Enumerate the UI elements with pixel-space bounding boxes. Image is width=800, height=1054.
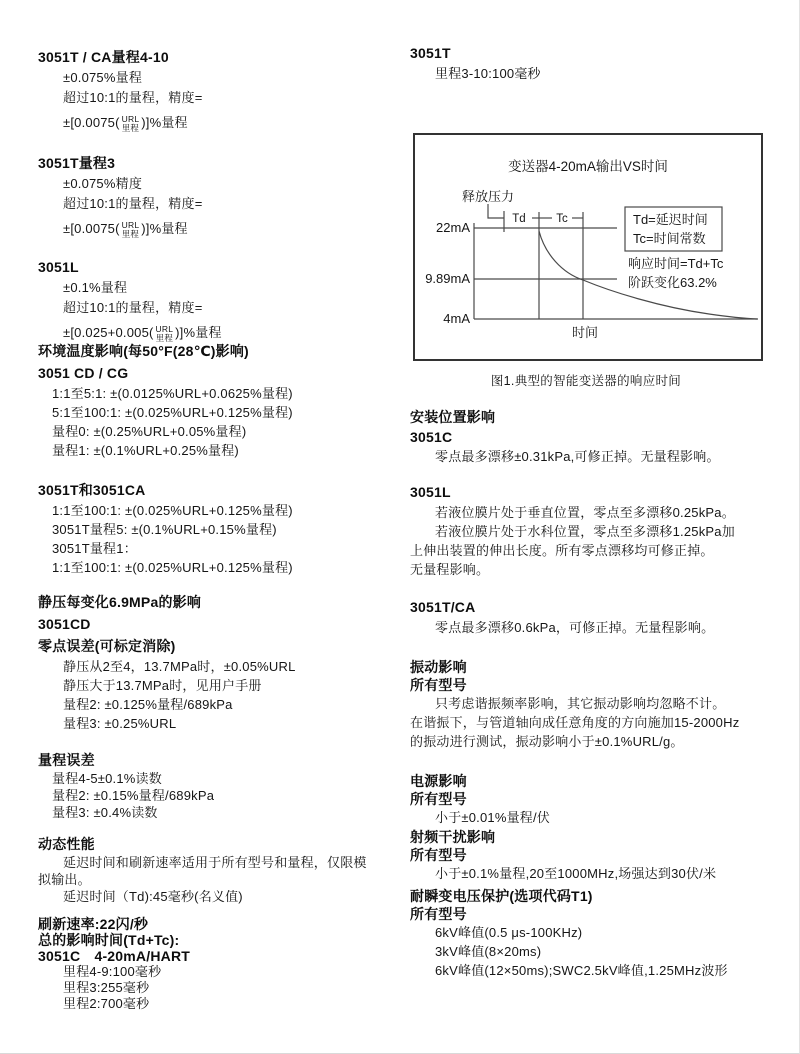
- spec-line: 小于±0.01%量程/伏: [410, 808, 792, 828]
- spec-line: 3051T量程5: ±(0.1%URL+0.15%量程): [38, 520, 398, 539]
- section-subheading: 3051 CD / CG: [38, 362, 398, 384]
- spec-line: 小于±0.1%量程,20至1000MHz,场强达到30伏/米: [410, 864, 792, 884]
- spec-line: 无量程影响。: [410, 560, 792, 579]
- spec-line: 里程4-9:100毫秒: [38, 964, 398, 980]
- spec-line: 上伸出装置的伸出长度。所有零点漂移均可修正掉。: [410, 541, 792, 560]
- spec-line: 的振动进行测试，振动影响小于±0.1%URL/g。: [410, 732, 792, 751]
- accuracy-formula: ±[0.0075(URL里程)]%量程: [38, 214, 398, 244]
- spec-line: 量程3: ±0.25%URL: [38, 714, 398, 733]
- spec-line: 1:1至5:1: ±(0.0125%URL+0.0625%量程): [38, 384, 398, 403]
- spec-line: 3kV峰值(8×20ms): [410, 942, 792, 961]
- formula-suffix: )]%量程: [141, 219, 188, 239]
- spec-line: 6kV峰值(12×50ms);SWC2.5kV峰值,1.25MHz波形: [410, 961, 792, 980]
- section-subheading: 所有型号: [410, 905, 792, 923]
- ytick-9-89ma: 9.89mA: [425, 271, 470, 286]
- section-3051t-ca-range4-10: 3051T / CA量程4-10 ±0.075%量程 超过10:1的量程，精度=…: [38, 46, 398, 138]
- spec-line: 里程2:700毫秒: [38, 996, 398, 1012]
- spec-line: 量程0: ±(0.25%URL+0.05%量程): [38, 422, 398, 441]
- section-subheading: 3051C: [410, 427, 792, 447]
- spec-line: 量程4-5±0.1%读数: [38, 770, 398, 787]
- section-3051l-mounting: 3051L 若液位膜片处于垂直位置，零点至多漂移0.25kPa。 若液位膜片处于…: [410, 481, 792, 579]
- spec-line: ±0.075%精度: [38, 174, 398, 194]
- url-span-fraction: URL里程: [120, 115, 142, 133]
- spec-line: 零点最多漂移±0.31kPa,可修正掉。无量程影响。: [410, 447, 792, 467]
- section-heading: 耐瞬变电压保护(选项代码T1): [410, 887, 792, 905]
- section-heading: 量程误差: [38, 750, 398, 770]
- tc-marker-label: Tc: [556, 213, 568, 225]
- section-update-rate: 刷新速率:22闪/秒 总的影响时间(Td+Tc): 3051C 4-20mA/H…: [38, 916, 398, 1012]
- spec-line: 静压大于13.7MPa时，见用户手册: [38, 676, 398, 695]
- section-subheading: 零点误差(可标定消除): [38, 635, 398, 657]
- section-heading: 动态性能: [38, 834, 398, 854]
- section-dynamic-performance: 动态性能 延迟时间和刷新速率适用于所有型号和量程，仅限模 拟输出。 延迟时间（T…: [38, 834, 398, 905]
- section-heading: 3051T: [410, 42, 792, 64]
- section-subheading: 3051C 4-20mA/HART: [38, 948, 398, 964]
- section-heading: 3051T和3051CA: [38, 479, 398, 501]
- figure-caption: 图1.典型的智能变送器的响应时间: [413, 371, 759, 389]
- section-heading: 3051T量程3: [38, 152, 398, 174]
- ytick-22ma: 22mA: [436, 220, 470, 235]
- section-heading: 环境温度影响(每50°F(28℃)影响): [38, 340, 398, 362]
- section-heading: 3051L: [38, 256, 398, 278]
- section-heading: 安装位置影响: [410, 407, 792, 427]
- spec-line: 静压从2至4，13.7MPa时，±0.05%URL: [38, 657, 398, 676]
- section-3051t-and-3051ca: 3051T和3051CA 1:1至100:1: ±(0.025%URL+0.12…: [38, 479, 398, 577]
- response-time-note: 响应时间=Td+Tc: [628, 256, 724, 271]
- spec-line: 若液位膜片处于水科位置，零点至多漂移1.25kPa加: [410, 522, 792, 541]
- legend-line-tc: Tc=时间常数: [633, 231, 706, 246]
- spec-line: 3051T量程1：: [38, 539, 398, 558]
- spec-line: 延迟时间（Td):45毫秒(名义值): [38, 888, 398, 905]
- spec-line: 零点最多漂移0.6kPa，可修正掉。无量程影响。: [410, 618, 792, 638]
- section-3051t-ca-mounting: 3051T/CA 零点最多漂移0.6kPa，可修正掉。无量程影响。: [410, 596, 792, 638]
- spec-line: 5:1至100:1: ±(0.025%URL+0.125%量程): [38, 403, 398, 422]
- section-vibration-effect: 振动影响 所有型号 只考虑谐振频率影响，其它振动影响均忽略不计。 在谐振下，与管…: [410, 658, 792, 751]
- section-heading: 3051L: [410, 481, 792, 503]
- spec-line: 只考虑谐振频率影响，其它振动影响均忽略不计。: [410, 694, 792, 713]
- release-pointer-line: [488, 204, 504, 218]
- spec-line: 量程3: ±0.4%读数: [38, 804, 398, 821]
- section-3051t-range3: 3051T量程3 ±0.075%精度 超过10:1的量程，精度= ±[0.007…: [38, 152, 398, 244]
- section-heading: 3051T / CA量程4-10: [38, 46, 398, 68]
- formula-prefix: ±[0.0075(: [63, 219, 120, 239]
- spec-line: 量程1: ±(0.1%URL+0.25%量程): [38, 441, 398, 460]
- section-heading: 振动影响: [410, 658, 792, 676]
- section-3051l-accuracy: 3051L ±0.1%量程 超过10:1的量程，精度= ±[0.025+0.00…: [38, 256, 398, 348]
- section-heading: 静压每变化6.9MPa的影响: [38, 591, 398, 613]
- section-mounting-position-effect: 安装位置影响 3051C 零点最多漂移±0.31kPa,可修正掉。无量程影响。: [410, 407, 792, 467]
- section-rfi-effect: 射频干扰影响 所有型号 小于±0.1%量程,20至1000MHz,场强达到30伏…: [410, 828, 792, 884]
- section-subheading: 所有型号: [410, 846, 792, 864]
- fraction-denominator: 里程: [122, 230, 139, 239]
- spec-line: 1:1至100:1: ±(0.025%URL+0.125%量程): [38, 501, 398, 520]
- spec-line: 延迟时间和刷新速率适用于所有型号和量程，仅限模: [38, 854, 398, 871]
- formula-prefix: ±[0.0075(: [63, 113, 120, 133]
- spec-line: 量程2: ±0.15%量程/689kPa: [38, 787, 398, 804]
- spec-line: 超过10:1的量程，精度=: [38, 88, 398, 108]
- legend-line-td: Td=延迟时间: [633, 212, 708, 227]
- spec-line: 1:1至100:1: ±(0.025%URL+0.125%量程): [38, 558, 398, 577]
- section-power-supply-effect: 电源影响 所有型号 小于±0.01%量程/伏: [410, 772, 792, 828]
- figure-title: 变送器4-20mA输出VS时间: [508, 158, 668, 174]
- spec-line: 里程3:255毫秒: [38, 980, 398, 996]
- section-heading: 射频干扰影响: [410, 828, 792, 846]
- spec-line: 6kV峰值(0.5 μs-100KHz): [410, 923, 792, 942]
- url-span-fraction: URL里程: [120, 221, 142, 239]
- spec-line: ±0.075%量程: [38, 68, 398, 88]
- spec-line: 量程2: ±0.125%量程/689kPa: [38, 695, 398, 714]
- accuracy-formula: ±[0.0075(URL里程)]%量程: [38, 108, 398, 138]
- section-static-pressure-effect: 静压每变化6.9MPa的影响 3051CD 零点误差(可标定消除) 静压从2至4…: [38, 591, 398, 733]
- release-pressure-label: 释放压力: [462, 189, 514, 204]
- spec-line: 拟输出。: [38, 871, 398, 888]
- section-heading: 3051T/CA: [410, 596, 792, 618]
- figure-box: 变送器4-20mA输出VS时间 释放压力 Td Tc 22mA 9.89mA: [413, 133, 763, 361]
- spec-line: 在谐振下，与管道轴向成任意角度的方向施加15-2000Hz: [410, 713, 792, 732]
- section-span-error: 量程误差 量程4-5±0.1%读数 量程2: ±0.15%量程/689kPa 量…: [38, 750, 398, 821]
- datasheet-page: 3051T / CA量程4-10 ±0.075%量程 超过10:1的量程，精度=…: [0, 0, 800, 1054]
- ytick-4ma: 4mA: [443, 311, 470, 326]
- section-subheading: 3051CD: [38, 613, 398, 635]
- section-transient-protection: 耐瞬变电压保护(选项代码T1) 所有型号 6kV峰值(0.5 μs-100KHz…: [410, 887, 792, 980]
- spec-line: ±0.1%量程: [38, 278, 398, 298]
- response-time-diagram: 变送器4-20mA输出VS时间 释放压力 Td Tc 22mA 9.89mA: [415, 135, 761, 359]
- formula-suffix: )]%量程: [141, 113, 188, 133]
- step-change-note: 阶跃变化63.2%: [628, 275, 717, 290]
- fraction-denominator: 里程: [122, 124, 139, 133]
- section-3051t-response: 3051T 里程3-10:100毫秒: [410, 42, 792, 84]
- spec-line: 若液位膜片处于垂直位置，零点至多漂移0.25kPa。: [410, 503, 792, 522]
- section-subheading: 所有型号: [410, 790, 792, 808]
- spec-line: 里程3-10:100毫秒: [410, 64, 792, 84]
- section-heading: 刷新速率:22闪/秒: [38, 916, 398, 932]
- spec-line: 超过10:1的量程，精度=: [38, 194, 398, 214]
- section-heading: 总的影响时间(Td+Tc):: [38, 932, 398, 948]
- section-heading: 电源影响: [410, 772, 792, 790]
- spec-line: 超过10:1的量程，精度=: [38, 298, 398, 318]
- section-subheading: 所有型号: [410, 676, 792, 694]
- section-ambient-temperature-effect: 环境温度影响(每50°F(28℃)影响) 3051 CD / CG 1:1至5:…: [38, 340, 398, 460]
- td-marker-label: Td: [512, 213, 525, 225]
- time-axis-label: 时间: [572, 325, 598, 340]
